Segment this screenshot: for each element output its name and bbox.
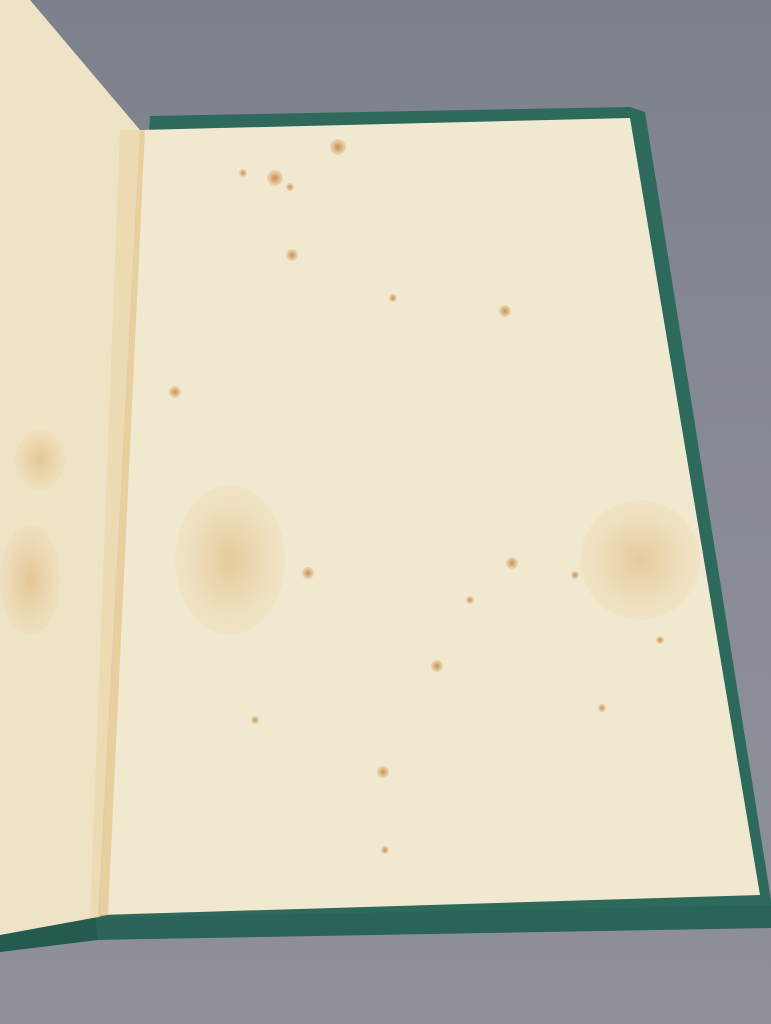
foxing-stain: [0, 525, 60, 635]
foxing-spot: [267, 170, 283, 186]
foxing-spot: [571, 571, 579, 579]
foxing-spot: [506, 557, 518, 569]
foxing-spot: [169, 386, 181, 398]
book-photo: [0, 0, 771, 1024]
foxing-spot: [656, 636, 664, 644]
foxing-spot: [499, 305, 511, 317]
foxing-spot: [598, 704, 606, 712]
foxing-spot: [466, 596, 474, 604]
foxing-spot: [381, 846, 389, 854]
foxing-spot: [286, 249, 298, 261]
foxing-spot: [239, 169, 247, 177]
foxing-spot: [377, 766, 389, 778]
foxing-spot: [431, 660, 443, 672]
foxing-spot: [302, 567, 314, 579]
foxing-stain: [15, 430, 65, 490]
foxing-stain: [175, 485, 285, 635]
foxing-stain: [580, 500, 700, 620]
foxing-spot: [389, 294, 397, 302]
foxing-spot: [330, 139, 346, 155]
foxing-spot: [251, 716, 259, 724]
foxing-spot: [286, 183, 294, 191]
